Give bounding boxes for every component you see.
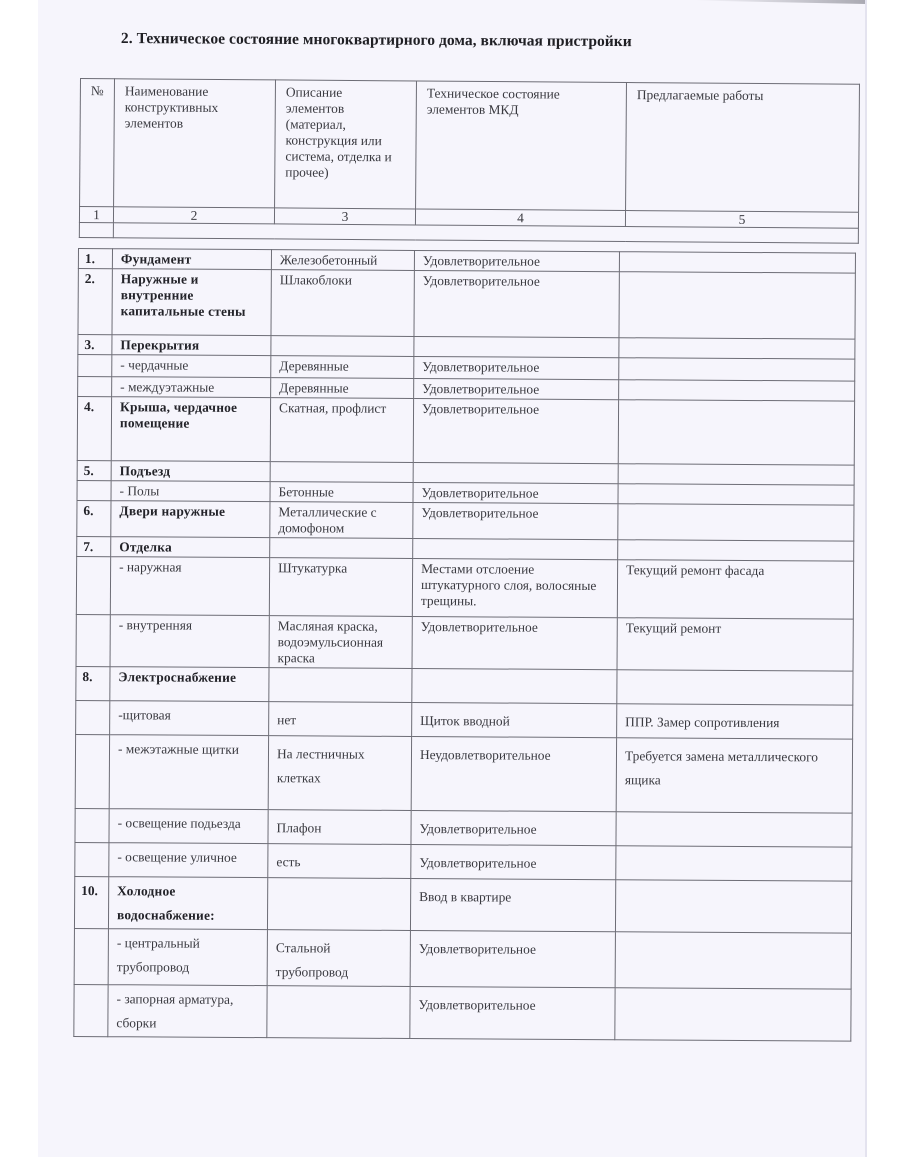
proposed-works	[618, 504, 854, 541]
element-name: Двери наружные	[111, 501, 270, 538]
row-number	[75, 808, 109, 842]
section-title: 2. Техническое состояние многоквартирног…	[121, 30, 632, 51]
header-cell-name: Наименование конструктивных элементов	[114, 79, 276, 208]
row-number: 10.	[74, 876, 108, 928]
table-row: 6.Двери наружныеМеталлические с домофоно…	[77, 500, 854, 541]
element-description: На лестничных клетках	[268, 736, 411, 811]
element-description: Масляная краска, водоэмульсионная краска	[269, 616, 412, 669]
element-name: Наружные и внутренние капитальные стены	[112, 269, 271, 336]
element-description: Штукатурка	[269, 558, 412, 617]
proposed-works	[615, 880, 851, 933]
table-row: - наружнаяШтукатуркаМестами отслоение шт…	[76, 556, 853, 619]
element-condition: Удовлетворительное	[414, 270, 619, 337]
element-name: -щитовая	[110, 701, 269, 736]
header-cell-condition: Техническое состояние элементов МКД	[416, 81, 627, 211]
element-description: Металлические с домофоном	[270, 502, 413, 539]
element-condition: Удовлетворительное	[414, 378, 619, 399]
element-name: - чердачные	[112, 355, 271, 378]
element-condition: Местами отслоение штукатурного слоя, вол…	[412, 558, 617, 617]
element-name: Перекрытия	[112, 335, 271, 356]
header-cell-number: №	[80, 79, 115, 207]
proposed-works: ППР. Замер сопротивления	[617, 704, 853, 739]
proposed-works: Требуется замена металлического ящика	[616, 738, 852, 813]
row-number: 1.	[78, 249, 112, 269]
element-description	[270, 462, 413, 483]
table-row: 2.Наружные и внутренние капитальные стен…	[78, 269, 855, 340]
element-name: Электроснабжение	[110, 667, 269, 702]
row-number: 4.	[77, 397, 111, 461]
element-description: Стальной трубопровод	[267, 930, 410, 987]
proposed-works	[616, 812, 852, 847]
proposed-works	[619, 252, 855, 273]
header-table: № Наименование конструктивных элементов …	[79, 78, 860, 244]
table-row: - центральный трубопроводСтальной трубоп…	[74, 928, 851, 989]
element-condition: Ввод в квартире	[410, 878, 615, 931]
element-description: Деревянные	[271, 378, 414, 399]
proposed-works: Текущий ремонт	[617, 618, 853, 671]
element-description: Бетонные	[270, 482, 413, 503]
element-name: - центральный трубопровод	[108, 929, 267, 986]
table-row: 10.Холодное водоснабжение:Ввод в квартир…	[74, 876, 851, 933]
element-name: Холодное водоснабжение:	[108, 877, 267, 930]
row-number	[76, 614, 110, 666]
row-number: 6.	[77, 500, 111, 536]
element-name: Отделка	[111, 537, 270, 558]
element-condition: Удовлетворительное	[413, 502, 618, 539]
element-name: - междуэтажные	[112, 377, 271, 398]
element-condition	[413, 462, 618, 483]
element-name: Крыша, чердачное помещение	[111, 397, 270, 462]
header-cell-works: Предлагаемые работы	[626, 83, 860, 213]
table-row: - освещение уличноеестьУдовлетворительно…	[75, 842, 852, 881]
element-condition	[413, 538, 618, 559]
table-row: 4.Крыша, чердачное помещениеСкатная, про…	[77, 397, 854, 466]
row-number	[75, 734, 109, 808]
body-table: 1.ФундаментЖелезобетонныйУдовлетворитель…	[73, 248, 856, 1042]
row-number	[76, 700, 110, 734]
element-description	[270, 538, 413, 559]
element-condition: Щиток вводной	[412, 702, 617, 737]
element-condition	[412, 668, 617, 703]
element-condition: Удовлетворительное	[414, 356, 619, 379]
element-description	[267, 986, 410, 1039]
element-name: - запорная арматура, сборки	[108, 985, 267, 1038]
element-description: Железобетонный	[271, 250, 414, 271]
element-name: Фундамент	[112, 249, 271, 270]
element-name: - наружная	[110, 557, 269, 616]
row-number: 2.	[78, 269, 112, 335]
proposed-works	[619, 338, 855, 359]
row-number	[78, 355, 112, 377]
element-condition: Удовлетворительное	[410, 930, 615, 987]
column-number: 3	[274, 208, 415, 225]
proposed-works	[615, 988, 851, 1041]
element-name: Подъезд	[111, 461, 270, 482]
proposed-works	[617, 670, 853, 705]
element-condition: Удовлетворительное	[413, 398, 618, 463]
element-name: - освещение уличное	[109, 843, 268, 878]
header-cell-description: Описание элементов (материал, конструкци…	[275, 80, 417, 209]
table-row: - запорная арматура, сборкиУдовлетворите…	[74, 984, 851, 1041]
table-row: - освещение подьездаПлафонУдовлетворител…	[75, 808, 852, 847]
element-description: Шлакоблоки	[271, 270, 414, 337]
proposed-works	[619, 272, 855, 339]
proposed-works	[618, 540, 854, 561]
row-number	[74, 928, 108, 984]
header-row: № Наименование конструктивных элементов …	[80, 79, 860, 213]
row-number	[75, 842, 109, 876]
row-number	[74, 984, 108, 1036]
element-name: - внутренняя	[110, 615, 269, 668]
proposed-works	[618, 464, 854, 485]
element-name: - межэтажные щитки	[109, 735, 268, 810]
element-condition: Удовлетворительное	[412, 616, 617, 669]
proposed-works	[619, 380, 855, 401]
page-corner-shadow	[695, 0, 865, 4]
column-number: 4	[415, 209, 625, 227]
element-condition: Удовлетворительное	[414, 250, 619, 271]
element-condition: Удовлетворительное	[411, 810, 616, 845]
element-condition: Удовлетворительное	[411, 844, 616, 879]
element-description: Скатная, профлист	[270, 398, 413, 463]
proposed-works	[615, 932, 851, 989]
element-description	[267, 878, 410, 931]
column-number: 5	[625, 211, 858, 229]
column-number: 1	[79, 207, 113, 223]
element-name: - Полы	[111, 481, 270, 502]
proposed-works	[619, 358, 855, 381]
element-description: Деревянные	[271, 356, 414, 379]
element-description: есть	[268, 844, 411, 879]
element-description: Плафон	[268, 810, 411, 845]
proposed-works	[616, 846, 852, 881]
element-condition	[414, 336, 619, 357]
row-number: 7.	[77, 536, 111, 556]
element-description: нет	[269, 702, 412, 737]
element-condition: Удовлетворительное	[413, 482, 618, 503]
table-row: - внутренняяМасляная краска, водоэмульси…	[76, 614, 853, 671]
element-name: - освещение подьезда	[109, 809, 268, 844]
table-row: - межэтажные щиткиНа лестничных клеткахН…	[75, 734, 852, 813]
row-number: 5.	[77, 460, 111, 480]
table-row: 8.Электроснабжение	[76, 666, 853, 705]
proposed-works	[618, 484, 854, 505]
row-number	[78, 377, 112, 397]
proposed-works	[618, 400, 854, 465]
element-description	[271, 336, 414, 357]
row-number	[76, 556, 110, 614]
element-condition: Неудовлетворительное	[411, 736, 616, 811]
element-condition: Удовлетворительное	[410, 986, 615, 1039]
table-row: -щитоваянетЩиток вводнойППР. Замер сопро…	[76, 700, 853, 739]
row-number: 8.	[76, 666, 110, 700]
row-number: 3.	[78, 335, 112, 355]
element-description	[269, 668, 412, 703]
proposed-works: Текущий ремонт фасада	[617, 560, 853, 619]
row-number	[77, 480, 111, 500]
column-number: 2	[113, 207, 274, 224]
